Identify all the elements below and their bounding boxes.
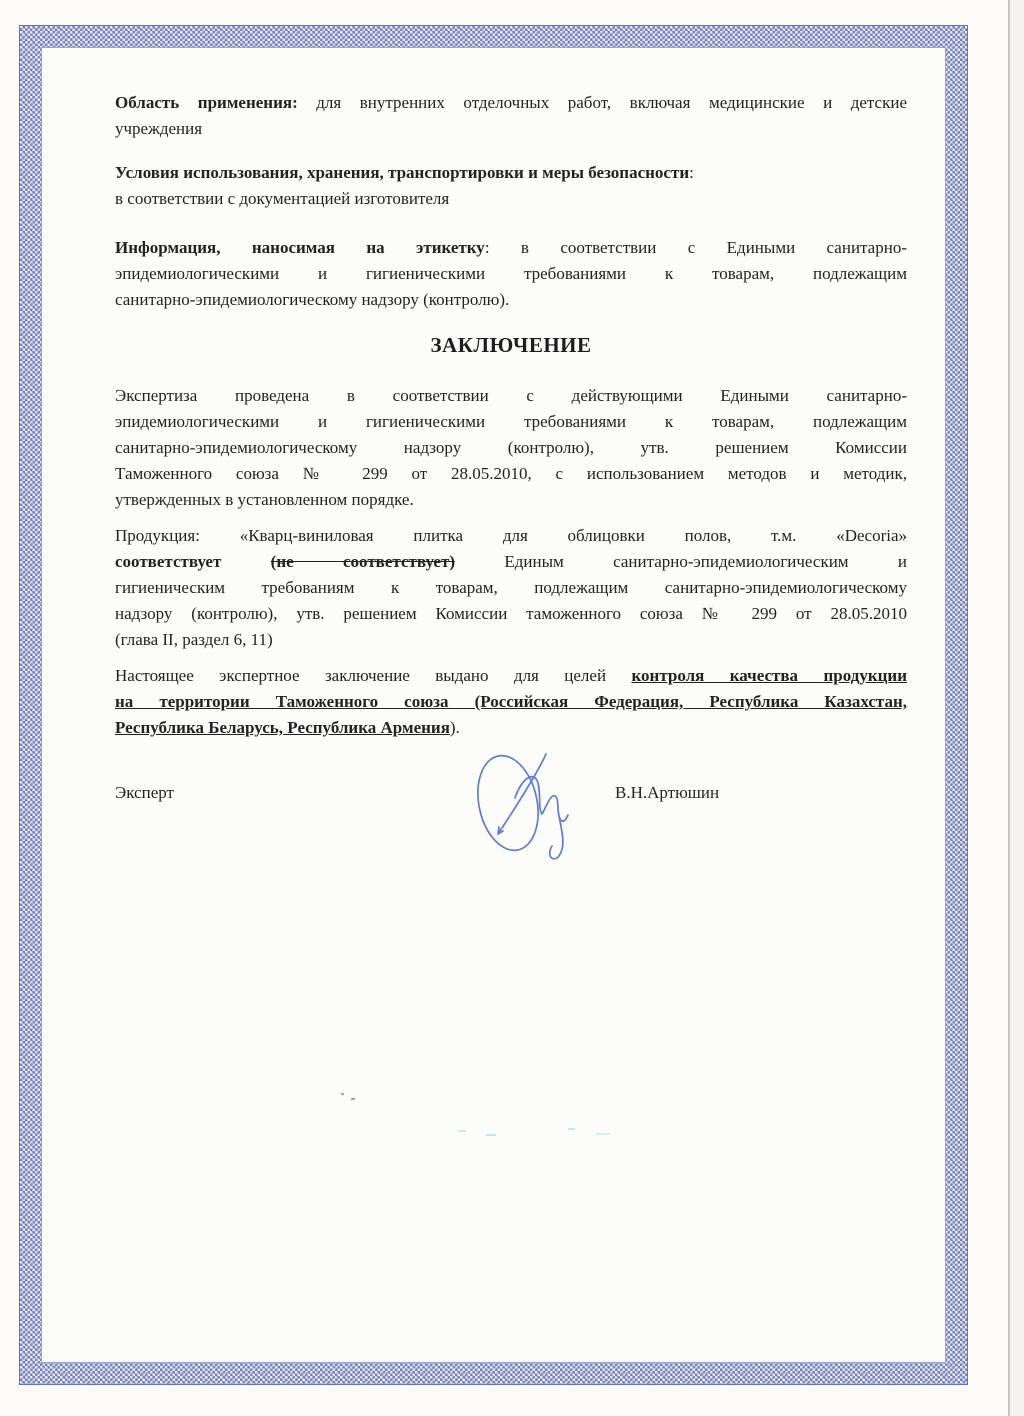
text-line: соответствует (не соответствует) Единым … xyxy=(115,549,907,575)
paragraph-label-information: Информация, наносимая на этикетку: в соо… xyxy=(115,235,907,313)
text-segment: надзору (контролю), утв. решением Комисс… xyxy=(115,604,907,623)
text-segment: Таможенного союза № 299 от 28.05.2010, с… xyxy=(115,464,907,483)
text-segment: санитарно-эпидемиологическому надзору (к… xyxy=(115,290,509,309)
paragraph-purpose-of-conclusion: Настоящее экспертное заключение выдано д… xyxy=(115,663,907,741)
text-line: Продукция: «Кварц-виниловая плитка для о… xyxy=(115,523,907,549)
text-segment: гигиеническим требованиям к товарам, под… xyxy=(115,578,907,597)
document-heading: ЗАКЛЮЧЕНИЕ xyxy=(115,333,907,358)
text-segment: на территории Таможенного союза (Российс… xyxy=(115,692,907,711)
text-segment: Продукция: «Кварц-виниловая плитка для о… xyxy=(115,526,907,545)
text-segment: Настоящее экспертное заключение выдано д… xyxy=(115,666,631,685)
text-segment xyxy=(221,552,270,571)
text-line: надзору (контролю), утв. решением Комисс… xyxy=(115,601,907,627)
text-line: санитарно-эпидемиологическому надзору (к… xyxy=(115,435,907,461)
text-segment: Область применения: xyxy=(115,93,298,112)
paragraph-expertise-statement: Экспертиза проведена в соответствии с де… xyxy=(115,383,907,513)
text-segment: контроля качества продукции xyxy=(631,666,907,685)
signature-role-label: Эксперт xyxy=(115,783,174,802)
text-line: гигиеническим требованиям к товарам, под… xyxy=(115,575,907,601)
paragraph-usage-storage-conditions: Условия использования, хранения, транспо… xyxy=(115,160,907,212)
scan-artifact xyxy=(568,1128,575,1130)
text-segment: : xyxy=(689,163,694,182)
scan-artifact xyxy=(596,1133,610,1135)
text-segment: ). xyxy=(450,718,460,737)
signature-name: В.Н.Артюшин xyxy=(615,780,719,806)
text-segment: Экспертиза проведена в соответствии с де… xyxy=(115,386,907,405)
document-content: Область применения: для внутренних отдел… xyxy=(115,0,907,1416)
scanner-background xyxy=(1010,0,1024,1416)
text-segment: соответствует xyxy=(115,552,221,571)
text-segment: эпидемиологическими и гигиеническими тре… xyxy=(115,412,907,431)
text-segment: Условия использования, хранения, транспо… xyxy=(115,163,689,182)
text-segment: : в соответствии с Едиными санитарно- xyxy=(485,238,907,257)
text-line: учреждения xyxy=(115,116,907,142)
text-segment: в соответствии с документацией изготовит… xyxy=(115,189,449,208)
paragraph-application-scope: Область применения: для внутренних отдел… xyxy=(115,90,907,142)
text-line: на территории Таможенного союза (Российс… xyxy=(115,689,907,715)
text-segment: (не соответствует) xyxy=(271,552,455,571)
text-line: утвержденных в установленном порядке. xyxy=(115,487,907,513)
paragraph-production-conformity: Продукция: «Кварц-виниловая плитка для о… xyxy=(115,523,907,653)
text-segment: (глава II, раздел 6, 11) xyxy=(115,630,273,649)
text-line: Республика Беларусь, Республика Армения)… xyxy=(115,715,907,741)
handwritten-signature xyxy=(458,748,603,868)
text-segment: Республика Беларусь, Республика Армения xyxy=(115,718,450,737)
text-segment: Единым санитарно-эпидемиологическим и xyxy=(455,552,907,571)
text-line: Область применения: для внутренних отдел… xyxy=(115,90,907,116)
text-segment: Информация, наносимая на этикетку xyxy=(115,238,485,257)
text-segment: утвержденных в установленном порядке. xyxy=(115,490,414,509)
text-line: (глава II, раздел 6, 11) xyxy=(115,627,907,653)
text-segment: санитарно-эпидемиологическому надзору (к… xyxy=(115,438,907,457)
text-line: санитарно-эпидемиологическому надзору (к… xyxy=(115,287,907,313)
text-segment: эпидемиологическими и гигиеническими тре… xyxy=(115,264,907,283)
text-line: Таможенного союза № 299 от 28.05.2010, с… xyxy=(115,461,907,487)
text-segment: для внутренних отделочных работ, включая… xyxy=(298,93,907,112)
text-line: в соответствии с документацией изготовит… xyxy=(115,186,907,212)
scan-artifact xyxy=(486,1134,496,1136)
text-line: Условия использования, хранения, транспо… xyxy=(115,160,907,186)
scan-artifact xyxy=(458,1130,466,1132)
text-segment: учреждения xyxy=(115,119,202,138)
scanned-document-page: Область применения: для внутренних отдел… xyxy=(0,0,1010,1416)
text-line: Настоящее экспертное заключение выдано д… xyxy=(115,663,907,689)
text-line: Экспертиза проведена в соответствии с де… xyxy=(115,383,907,409)
text-line: эпидемиологическими и гигиеническими тре… xyxy=(115,409,907,435)
text-line: эпидемиологическими и гигиеническими тре… xyxy=(115,261,907,287)
text-line: Информация, наносимая на этикетку: в соо… xyxy=(115,235,907,261)
